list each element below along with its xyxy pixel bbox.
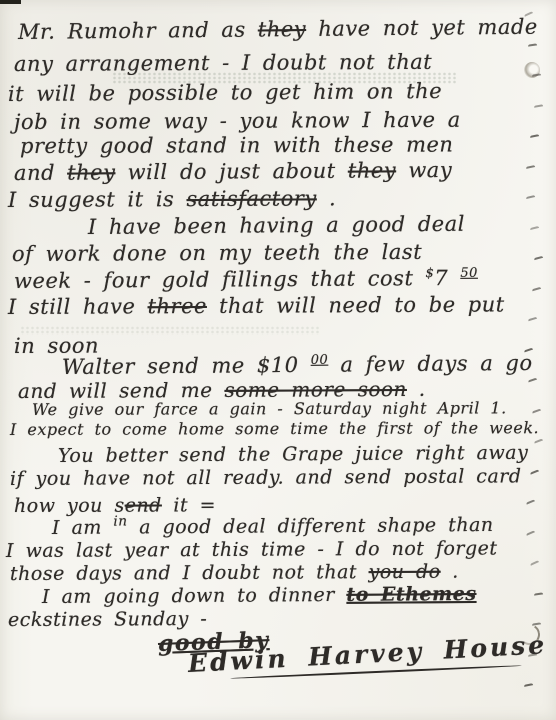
- binding-mark: [530, 134, 539, 138]
- text-segment: .: [441, 561, 459, 583]
- binding-mark: [526, 499, 535, 504]
- binding-mark: [534, 256, 543, 260]
- text-segment: job in some way - you know I have a: [14, 108, 461, 134]
- binding-mark: [524, 683, 533, 687]
- text-segment: .: [317, 186, 336, 210]
- binding-mark: [526, 530, 535, 535]
- binding-mark: [534, 104, 543, 108]
- binding-mark: [530, 225, 539, 229]
- text-segment: Mr. Rumohr and as: [18, 17, 258, 44]
- letter-line: I am going down to dinner to Ethemes: [42, 585, 477, 607]
- text-segment: three: [147, 294, 206, 318]
- text-segment: you do: [369, 561, 441, 583]
- letter-line: You better send the Grape juice right aw…: [58, 444, 528, 466]
- binding-mark: [528, 378, 537, 383]
- binding-mark: [528, 43, 537, 46]
- text-segment: 7: [434, 266, 460, 290]
- letter-page: Mr. Rumohr and as they have not yet made…: [0, 0, 556, 720]
- text-segment: those days and I doubt not that: [10, 561, 369, 585]
- scan-corner-mark: [0, 0, 21, 4]
- letter-line: I am in a good deal different shape than: [52, 516, 494, 538]
- binding-mark: [526, 165, 535, 169]
- text-segment: 00: [311, 353, 329, 368]
- binding-mark: [530, 560, 539, 566]
- text-segment: I expect to come home some time the firs…: [10, 418, 539, 439]
- text-segment: week - four gold fillings that cost: [14, 266, 426, 293]
- text-segment: pretty good stand in with these men: [20, 132, 454, 158]
- text-segment: they: [258, 17, 307, 42]
- text-segment: .: [407, 377, 426, 401]
- text-segment: I have been having a good deal: [88, 212, 465, 239]
- binding-mark: [530, 469, 539, 474]
- text-segment: will do just about: [115, 159, 348, 185]
- binding-mark: [532, 408, 541, 413]
- letter-line: We give our farce a gain - Saturday nigh…: [32, 400, 507, 418]
- letter-line: if you have not all ready. and send post…: [10, 467, 522, 489]
- letter-line: I suggest it is satisfactory .: [8, 188, 336, 211]
- letter-line: I was last year at this time - I do not …: [6, 539, 498, 561]
- binding-mark: [532, 286, 541, 290]
- letter-line: Mr. Rumohr and as they have not yet made: [18, 17, 538, 43]
- binding-mark: [534, 592, 543, 595]
- text-segment: that will need to be put: [207, 292, 505, 318]
- letter-line: eckstines Sunday -: [8, 610, 207, 630]
- letter-line: I expect to come home some time the firs…: [10, 420, 539, 438]
- letter-line: I still have three that will need to be …: [8, 294, 505, 318]
- text-segment: eckstines Sunday -: [8, 608, 207, 631]
- letter-line: of work done on my teeth the last: [12, 242, 422, 265]
- text-segment: and: [14, 161, 67, 185]
- text-segment: end: [125, 494, 162, 516]
- text-segment: I was last year at this time - I do not …: [6, 537, 498, 562]
- text-segment: in: [113, 513, 127, 529]
- binding-mark: [526, 195, 535, 199]
- text-segment: any arrangement - I doubt not that: [14, 50, 432, 76]
- text-segment: they: [348, 158, 396, 182]
- text-segment: $10: [257, 353, 311, 377]
- text-segment: I am going down to dinner: [42, 584, 347, 608]
- letter-line: pretty good stand in with these men: [20, 134, 454, 157]
- letter-line: it will be possible to get him on the: [8, 81, 442, 105]
- letter-line: and they will do just about they way: [14, 160, 452, 184]
- letter-line: and will send me some more soon .: [18, 379, 426, 401]
- text-segment: of work done on my teeth the last: [12, 240, 422, 266]
- letter-line: I have been having a good deal: [88, 214, 465, 238]
- text-segment: satisfactory: [186, 186, 316, 211]
- letter-line: those days and I doubt not that you do .: [10, 563, 459, 584]
- text-segment: to Ethemes: [346, 583, 476, 606]
- text-segment: 50: [460, 266, 478, 281]
- letter-line: job in some way - you know I have a: [14, 110, 461, 133]
- binding-mark: [534, 438, 543, 443]
- text-segment: I am: [52, 517, 114, 539]
- binding-mark: [532, 622, 541, 625]
- text-segment: how you s: [14, 495, 125, 517]
- text-segment: a few days a go: [328, 351, 532, 377]
- text-segment: it will be possible to get him on the: [8, 79, 442, 106]
- text-segment: You better send the Grape juice right aw…: [58, 442, 528, 467]
- text-segment: I suggest it is: [8, 187, 187, 212]
- text-segment: I still have: [8, 294, 148, 319]
- letter-line: Walter send me $10 00 a few days a go: [62, 352, 533, 378]
- text-segment: a good deal different shape than: [128, 514, 494, 539]
- letter-line: any arrangement - I doubt not that: [14, 52, 432, 75]
- letter-line: week - four gold fillings that cost $7 5…: [14, 267, 478, 292]
- text-segment: Walter send me: [62, 353, 257, 379]
- text-segment: way: [396, 158, 452, 182]
- text-segment: We give our farce a gain - Saturday nigh…: [32, 398, 507, 419]
- text-segment: they: [67, 160, 115, 184]
- text-segment: it =: [162, 494, 216, 516]
- text-segment: have not yet made: [306, 15, 538, 41]
- binding-mark: [528, 317, 537, 322]
- text-segment: if you have not all ready. and send post…: [10, 465, 522, 490]
